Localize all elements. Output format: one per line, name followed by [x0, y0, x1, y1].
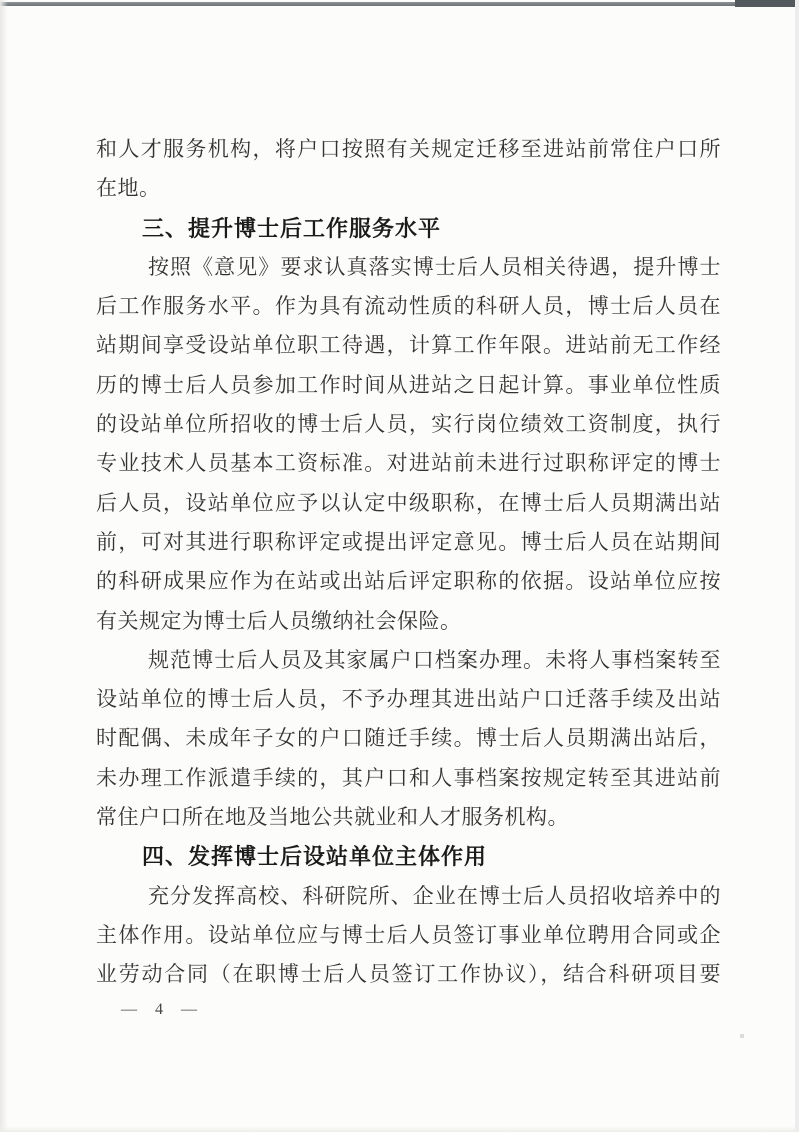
text-line: 时配偶、未成年子女的户口随迁手续。博士后人员期满出站后， [96, 719, 721, 758]
text-line: 规范博士后人员及其家属户口档案办理。未将人事档案转至 [96, 641, 721, 680]
section-heading: 四、发挥博士后设站单位主体作用 [96, 837, 721, 876]
text-line: 和人才服务机构，将户口按照有关规定迁移至进站前常住户口所 [96, 130, 721, 169]
text-line: 有关规定为博士后人员缴纳社会保险。 [96, 602, 721, 641]
scan-edge-left [0, 0, 8, 1132]
text-line: 按照《意见》要求认真落实博士后人员相关待遇，提升博士 [96, 248, 721, 287]
text-line: 业劳动合同（在职博士后人员签订工作协议），结合科研项目要 [96, 955, 721, 994]
text-line: 未办理工作派遣手续的，其户口和人事档案按规定转至其进站前 [96, 759, 721, 798]
scan-edge-bottom [0, 1126, 799, 1132]
text-line: 后人员，设站单位应予以认定中级职称，在博士后人员期满出站 [96, 484, 721, 523]
scan-edge-top-right [735, 0, 799, 7]
text-line: 后工作服务水平。作为具有流动性质的科研人员，博士后人员在 [96, 287, 721, 326]
text-line: 设站单位的博士后人员，不予办理其进出站户口迁落手续及出站 [96, 680, 721, 719]
text-line: 专业技术人员基本工资标准。对进站前未进行过职称评定的博士 [96, 444, 721, 483]
document-page: 和人才服务机构，将户口按照有关规定迁移至进站前常住户口所在地。三、提升博士后工作… [0, 0, 799, 1132]
text-line: 在地。 [96, 169, 721, 208]
text-line: 的设站单位所招收的博士后人员，实行岗位绩效工资制度，执行 [96, 405, 721, 444]
scan-edge-top [0, 2, 799, 6]
text-line: 充分发挥高校、科研院所、企业在博士后人员招收培养中的 [96, 877, 721, 916]
text-line: 历的博士后人员参加工作时间从进站之日起计算。事业单位性质 [96, 366, 721, 405]
document-body: 和人才服务机构，将户口按照有关规定迁移至进站前常住户口所在地。三、提升博士后工作… [96, 130, 721, 995]
section-heading: 三、提升博士后工作服务水平 [96, 209, 721, 248]
scan-edge-right [795, 0, 799, 1132]
text-line: 站期间享受设站单位职工待遇，计算工作年限。进站前无工作经 [96, 326, 721, 365]
text-line: 主体作用。设站单位应与博士后人员签订事业单位聘用合同或企 [96, 916, 721, 955]
scan-speck [740, 1034, 744, 1038]
text-line: 前，可对其进行职称评定或提出评定意见。博士后人员在站期间 [96, 523, 721, 562]
page-number: — 4 — [121, 1001, 198, 1019]
text-line: 的科研成果应作为在站或出站后评定职称的依据。设站单位应按 [96, 562, 721, 601]
text-line: 常住户口所在地及当地公共就业和人才服务机构。 [96, 798, 721, 837]
